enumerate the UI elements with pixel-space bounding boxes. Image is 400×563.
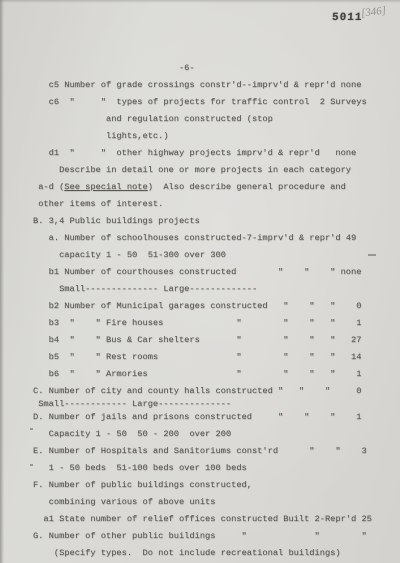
line-special-note: a-d (See special note) Also describe gen… bbox=[33, 179, 400, 196]
scan-left-edge bbox=[0, 0, 4, 563]
line-g-specify-types: (Specify types. Do not include recreatio… bbox=[33, 545, 400, 562]
line-c5-grade-crossings: c5 Number of grade crossings constr'd--i… bbox=[33, 77, 400, 94]
section-b-heading: B. 3,4 Public buildings projects bbox=[33, 213, 400, 230]
line-b6-armories: b6 " " Armories " " " " 1 bbox=[33, 366, 400, 383]
scan-artifact-dash bbox=[368, 254, 376, 256]
line-small-large-2: Small------------ Large-------------- bbox=[33, 400, 400, 409]
line-d1-other-highway: d1 " " other highway projects imprv'd & … bbox=[33, 145, 400, 162]
special-note-reference: See special note bbox=[64, 182, 147, 192]
line-describe-projects: Describe in detail one or more projects … bbox=[33, 162, 400, 179]
line-c6-continuation-2: lights,etc.) bbox=[33, 128, 400, 145]
line-f-public-buildings: F. Number of public buildings constructe… bbox=[33, 477, 400, 494]
line-a-schoolhouses: a. Number of schoolhouses constructed-7-… bbox=[33, 230, 400, 247]
typewritten-body: -6- c5 Number of grade crossings constr'… bbox=[33, 60, 400, 562]
line-f-continuation: combining various of above units bbox=[33, 494, 400, 511]
line-small-large-1: Small-------------- Large------------- bbox=[33, 281, 400, 298]
catalog-stamp: 5011 bbox=[332, 12, 363, 24]
document-page: 5011 [346] -6- c5 Number of grade crossi… bbox=[0, 0, 400, 563]
line-other-items: other items of interest. bbox=[33, 196, 400, 213]
line-c6-traffic-control: c6 " " types of projects for traffic con… bbox=[33, 94, 400, 111]
line-a1-relief-offices: a1 State number of relief offices constr… bbox=[33, 511, 400, 528]
line-e-hospitals: E. Number of Hospitals and Sanitoriums c… bbox=[33, 443, 400, 460]
line-b2-municipal-garages: b2 Number of Municipal garages construct… bbox=[33, 298, 400, 315]
line-hospital-beds: 1 - 50 beds 51-100 beds over 100 beds bbox=[33, 460, 400, 477]
line-b1-courthouses: b1 Number of courthouses constructed " "… bbox=[33, 264, 400, 281]
handwritten-page-number: [346] bbox=[360, 5, 386, 20]
special-note-prefix: a-d ( bbox=[33, 182, 64, 192]
line-c6-continuation-1: and regulation constructed (stop bbox=[33, 111, 400, 128]
scan-artifact-dot bbox=[30, 464, 33, 466]
line-b4-bus-car-shelters: b4 " " Bus & Car shelters " " " " 27 bbox=[33, 332, 400, 349]
line-c-city-county-halls: C. Number of city and county halls const… bbox=[33, 383, 400, 400]
line-jail-capacity: Capacity 1 - 50 50 - 200 over 200 bbox=[33, 426, 400, 443]
page-number: -6- bbox=[33, 60, 400, 77]
line-g-other-buildings: G. Number of other public buildings " " … bbox=[33, 528, 400, 545]
scan-top-edge bbox=[0, 0, 400, 3]
line-b3-fire-houses: b3 " " Fire houses " " " " 1 bbox=[33, 315, 400, 332]
special-note-suffix: ) Also describe general procedure and bbox=[148, 182, 346, 192]
line-schoolhouse-capacity: capacity 1 - 50 51-300 over 300 bbox=[33, 247, 400, 264]
scan-artifact-dot bbox=[30, 428, 33, 430]
line-d-jails-prisons: D. Number of jails and prisons construct… bbox=[33, 409, 400, 426]
line-b5-rest-rooms: b5 " " Rest rooms " " " " 14 bbox=[33, 349, 400, 366]
